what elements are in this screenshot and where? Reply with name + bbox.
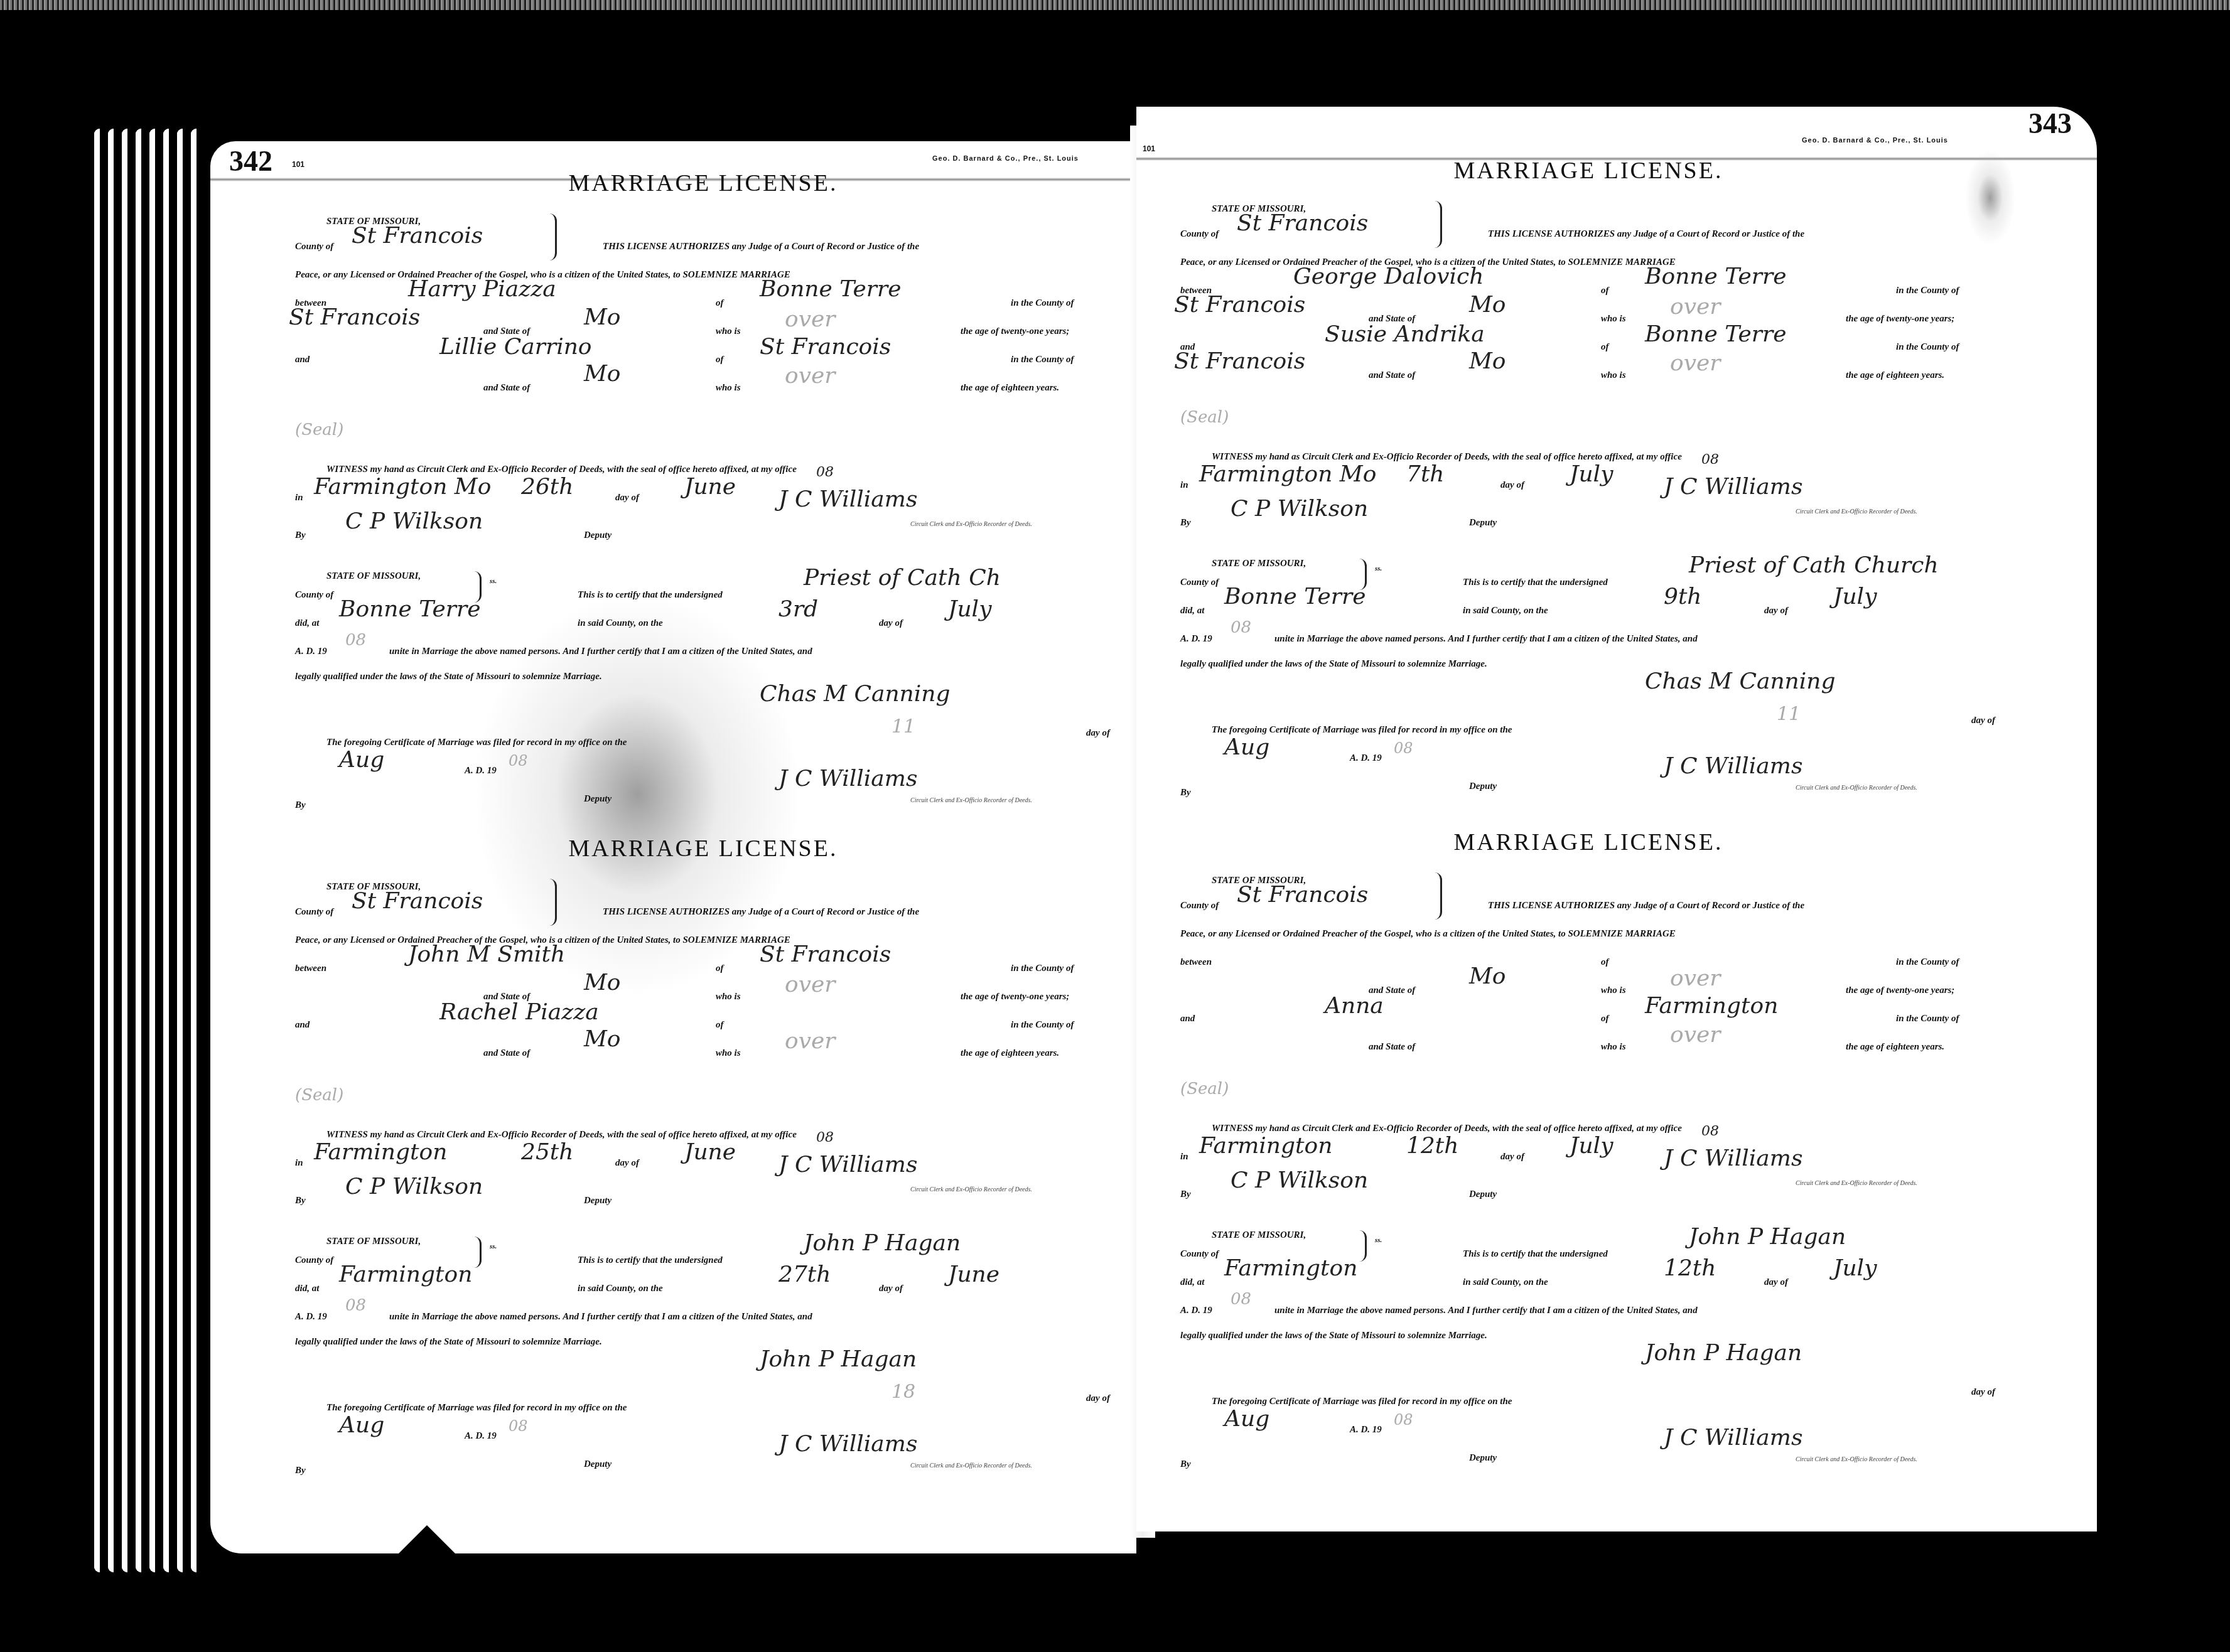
marriage-license-top-right: MARRIAGE LICENSE. STATE OF MISSOURI, Cou… — [1168, 157, 2009, 803]
by-label: By — [1180, 788, 1191, 798]
deputy-label: Deputy — [1469, 781, 1497, 792]
county-of-label: in the County of — [1011, 1020, 1074, 1031]
marriage-license-bottom-left: MARRIAGE LICENSE. STATE OF MISSOURI, Cou… — [283, 835, 1124, 1481]
bride-state: Mo — [1469, 348, 1506, 374]
day-of-label: day of — [615, 1158, 639, 1169]
by-label: By — [1180, 518, 1191, 528]
witness-place: Farmington — [314, 1139, 447, 1165]
state-of-label: and State of — [1369, 1042, 1415, 1053]
marriage-license-bottom-right: MARRIAGE LICENSE. STATE OF MISSOURI, Cou… — [1168, 829, 2009, 1475]
clerk-caption: Circuit Clerk and Ex-Officio Recorder of… — [910, 797, 1032, 804]
clerk-signature: J C Williams — [1664, 1145, 1802, 1171]
deputy-label: Deputy — [1469, 1453, 1497, 1464]
did-at-label: did, at — [1180, 1277, 1204, 1288]
age-21-text: the age of twenty-one years; — [1846, 985, 1954, 996]
groom-residence: Bonne Terre — [760, 276, 902, 302]
in-label: in — [295, 493, 303, 503]
day-of-label: day of — [1764, 606, 1788, 616]
filed-year: 08 — [1394, 1411, 1413, 1429]
license-title: MARRIAGE LICENSE. — [1168, 829, 2009, 856]
brace — [1431, 201, 1442, 248]
did-at-label: did, at — [295, 1284, 319, 1294]
ceremony-place: Farmington — [1224, 1255, 1357, 1281]
ad-label: A. D. 19 — [295, 646, 327, 657]
ceremony-month: July — [1833, 1255, 1877, 1281]
clerk-caption: Circuit Clerk and Ex-Officio Recorder of… — [1796, 508, 1917, 515]
ceremony-year: 08 — [345, 631, 366, 650]
deputy-signature: C P Wilkson — [345, 508, 483, 534]
bride-age: over — [785, 363, 836, 389]
license-title: MARRIAGE LICENSE. — [1168, 157, 2009, 185]
witness-day: 25th — [521, 1139, 573, 1165]
peace-text: Peace, or any Licensed or Ordained Preac… — [1180, 929, 1676, 940]
ss-label: ss. — [490, 1243, 497, 1250]
unite-text: unite in Marriage the above named person… — [389, 646, 812, 657]
state-label: STATE OF MISSOURI, — [326, 1236, 421, 1247]
officiant-signature: John P Hagan — [1645, 1340, 1802, 1366]
ss-label: ss. — [490, 577, 497, 585]
filed-signature: J C Williams — [1664, 1425, 1802, 1451]
state-of-label: and State of — [483, 383, 530, 394]
clerk-caption: Circuit Clerk and Ex-Officio Recorder of… — [910, 521, 1032, 528]
county-value: St Francois — [352, 888, 483, 914]
filed-year: 08 — [509, 1417, 528, 1435]
ad-label: A. D. 19 — [295, 1312, 327, 1322]
county-of-label: in the County of — [1011, 963, 1074, 974]
witness-month: June — [684, 474, 736, 500]
ceremony-year: 08 — [1231, 618, 1251, 637]
bride-age: over — [1670, 1022, 1721, 1048]
day-of-label: day of — [1500, 1152, 1524, 1162]
ss-label: ss. — [1375, 1236, 1382, 1244]
bride-state: Mo — [584, 1026, 621, 1052]
of-label: of — [716, 355, 724, 365]
witness-day: 7th — [1406, 461, 1445, 487]
ceremony-place: Bonne Terre — [1224, 584, 1366, 609]
did-at-label: did, at — [1180, 606, 1204, 616]
bride-age: over — [1670, 350, 1721, 376]
county-of-label: in the County of — [1011, 298, 1074, 309]
groom-residence: St Francois — [760, 941, 891, 967]
filed-ad-label: A. D. 19 — [465, 1431, 497, 1442]
state-label: STATE OF MISSOURI, — [326, 571, 421, 582]
filed-signature: J C Williams — [778, 1431, 917, 1457]
book-page-edges — [94, 129, 220, 1572]
deputy-label: Deputy — [584, 794, 611, 805]
who-is-label: who is — [1601, 370, 1626, 381]
ceremony-place: Bonne Terre — [339, 596, 481, 622]
by-label: By — [295, 1466, 306, 1476]
clerk-caption: Circuit Clerk and Ex-Officio Recorder of… — [910, 1462, 1032, 1469]
groom-residence: Bonne Terre — [1645, 264, 1787, 289]
age-18-text: the age of eighteen years. — [1846, 370, 1944, 381]
bride-name: Anna — [1325, 993, 1384, 1019]
of-label: of — [716, 298, 724, 309]
groom-age: over — [785, 306, 836, 332]
by-label: By — [295, 1196, 306, 1206]
legally-text: legally qualified under the laws of the … — [1180, 1331, 1487, 1341]
day-of-label: day of — [1971, 1387, 1995, 1398]
state-label: STATE OF MISSOURI, — [1212, 1230, 1306, 1241]
seal-mark: (Seal) — [295, 1086, 343, 1105]
who-is-label: who is — [1601, 1042, 1626, 1053]
who-is-label: who is — [716, 992, 741, 1002]
bride-residence: St Francois — [760, 334, 891, 360]
witness-place: Farmington Mo — [1199, 461, 1376, 487]
clerk-caption: Circuit Clerk and Ex-Officio Recorder of… — [1796, 1180, 1917, 1187]
filed-signature: J C Williams — [778, 766, 917, 791]
bride-residence: Bonne Terre — [1645, 321, 1787, 347]
bride-residence: Farmington — [1645, 993, 1778, 1019]
page-number-right: 343 — [2028, 107, 2072, 140]
and-label: and — [1180, 1014, 1195, 1024]
legally-text: legally qualified under the laws of the … — [295, 672, 602, 682]
age-18-text: the age of eighteen years. — [1846, 1042, 1944, 1053]
clerk-caption: Circuit Clerk and Ex-Officio Recorder of… — [1796, 785, 1917, 791]
authorizes-text: THIS LICENSE AUTHORIZES any Judge of a C… — [1488, 229, 1804, 240]
deputy-signature: C P Wilkson — [345, 1174, 483, 1199]
page-number-left: 342 — [229, 144, 272, 178]
filed-year: 08 — [509, 752, 528, 770]
bride-age: over — [785, 1028, 836, 1054]
did-at-label: did, at — [295, 618, 319, 629]
who-is-label: who is — [1601, 314, 1626, 324]
seal-mark: (Seal) — [1180, 408, 1229, 427]
deputy-signature: C P Wilkson — [1231, 1167, 1368, 1193]
officiant-signature: Chas M Canning — [1645, 668, 1836, 694]
filed-month: Aug — [1224, 1406, 1269, 1432]
who-is-label: who is — [716, 383, 741, 394]
groom-county: St Francois — [1174, 292, 1305, 318]
groom-name: John M Smith — [408, 941, 565, 967]
brace — [546, 879, 557, 926]
by-label: By — [1180, 1459, 1191, 1470]
unite-text: unite in Marriage the above named person… — [1274, 634, 1698, 645]
officiant: Priest of Cath Ch — [804, 565, 1001, 591]
by-label: By — [295, 530, 306, 541]
groom-name: George Dalovich — [1293, 264, 1484, 289]
county-label: County of — [1180, 229, 1219, 240]
county-of-label: in the County of — [1896, 957, 1959, 968]
between-label: between — [1180, 957, 1212, 968]
groom-state: Mo — [584, 970, 621, 995]
filed-day: 18 — [891, 1381, 915, 1403]
groom-age: over — [1670, 294, 1721, 319]
witness-day: 12th — [1406, 1133, 1458, 1159]
license-title: MARRIAGE LICENSE. — [283, 835, 1124, 862]
county-label: County of — [1180, 1249, 1219, 1260]
officiant-signature: John P Hagan — [760, 1346, 917, 1372]
bride-name: Lillie Carrino — [439, 334, 592, 360]
clerk-signature: J C Williams — [778, 486, 917, 512]
state-of-label: and State of — [483, 1048, 530, 1059]
of-label: of — [1601, 342, 1609, 353]
of-label: of — [1601, 286, 1609, 296]
certify-text: This is to certify that the undersigned — [1463, 577, 1608, 588]
day-of-label: day of — [879, 618, 903, 629]
who-is-label: who is — [1601, 985, 1626, 996]
certify-text: This is to certify that the undersigned — [1463, 1249, 1608, 1260]
age-21-text: the age of twenty-one years; — [961, 326, 1069, 337]
day-of-label: day of — [1500, 480, 1524, 491]
in-label: in — [295, 1158, 303, 1169]
said-county-label: in said County, on the — [578, 618, 663, 629]
in-label: in — [1180, 480, 1188, 491]
and-label: and — [295, 1020, 310, 1031]
county-of-label: in the County of — [1896, 342, 1959, 353]
unite-text: unite in Marriage the above named person… — [389, 1312, 812, 1322]
form-code: 101 — [1143, 144, 1155, 153]
authorizes-text: THIS LICENSE AUTHORIZES any Judge of a C… — [603, 242, 919, 252]
filed-month: Aug — [1224, 734, 1269, 760]
day-of-label: day of — [879, 1284, 903, 1294]
deputy-label: Deputy — [1469, 1189, 1497, 1200]
legally-text: legally qualified under the laws of the … — [295, 1337, 602, 1348]
witness-place: Farmington — [1199, 1133, 1332, 1159]
clerk-caption: Circuit Clerk and Ex-Officio Recorder of… — [910, 1186, 1032, 1193]
day-of-label: day of — [1971, 716, 1995, 726]
who-is-label: who is — [716, 326, 741, 337]
unite-text: unite in Marriage the above named person… — [1274, 1306, 1698, 1316]
and-label: and — [295, 355, 310, 365]
filed-month: Aug — [339, 747, 384, 773]
filed-ad-label: A. D. 19 — [465, 766, 497, 776]
groom-age: over — [785, 972, 836, 997]
county-label: County of — [1180, 901, 1219, 911]
brace — [1356, 1230, 1367, 1262]
witness-day: 26th — [521, 474, 573, 500]
groom-county: St Francois — [289, 304, 420, 330]
said-county-label: in said County, on the — [1463, 606, 1548, 616]
between-label: between — [295, 963, 326, 974]
filed-month: Aug — [339, 1412, 384, 1438]
brace — [471, 1236, 482, 1268]
groom-name: Harry Piazza — [408, 276, 556, 302]
filed-day: 11 — [1777, 703, 1801, 725]
age-21-text: the age of twenty-one years; — [961, 992, 1069, 1002]
seal-mark: (Seal) — [1180, 1080, 1229, 1098]
deputy-label: Deputy — [584, 1196, 611, 1206]
county-value: St Francois — [1237, 882, 1368, 908]
county-label: County of — [295, 242, 333, 252]
ceremony-month: July — [1833, 584, 1877, 609]
filed-ad-label: A. D. 19 — [1350, 1425, 1382, 1435]
seal-mark: (Seal) — [295, 421, 343, 439]
filed-signature: J C Williams — [1664, 753, 1802, 779]
county-of-label: in the County of — [1896, 286, 1959, 296]
age-21-text: the age of twenty-one years; — [1846, 314, 1954, 324]
clerk-signature: J C Williams — [778, 1152, 917, 1177]
deputy-label: Deputy — [584, 1459, 611, 1470]
ss-label: ss. — [1375, 565, 1382, 572]
license-title: MARRIAGE LICENSE. — [283, 169, 1124, 197]
bride-name: Susie Andrika — [1325, 321, 1485, 347]
brace — [546, 213, 557, 260]
state-label: STATE OF MISSOURI, — [1212, 559, 1306, 569]
certify-text: This is to certify that the undersigned — [578, 1255, 723, 1266]
witness-month: July — [1570, 1133, 1613, 1159]
bride-name: Rachel Piazza — [439, 999, 599, 1025]
groom-age: over — [1670, 965, 1721, 991]
who-is-label: who is — [716, 1048, 741, 1059]
ceremony-day: 9th — [1664, 584, 1702, 609]
ceremony-year: 08 — [345, 1296, 366, 1315]
of-label: of — [1601, 1014, 1609, 1024]
officiant-signature: Chas M Canning — [760, 681, 951, 707]
said-county-label: in said County, on the — [578, 1284, 663, 1294]
age-18-text: the age of eighteen years. — [961, 383, 1059, 394]
witness-year: 08 — [1701, 452, 1719, 468]
day-of-label: day of — [1086, 1393, 1110, 1404]
county-value: St Francois — [352, 223, 483, 249]
ceremony-month: June — [948, 1262, 999, 1287]
ceremony-place: Farmington — [339, 1262, 472, 1287]
ceremony-day: 12th — [1664, 1255, 1716, 1281]
clerk-caption: Circuit Clerk and Ex-Officio Recorder of… — [1796, 1456, 1917, 1463]
officiant: John P Hagan — [1689, 1224, 1846, 1250]
day-of-label: day of — [615, 493, 639, 503]
witness-month: June — [684, 1139, 736, 1165]
ad-label: A. D. 19 — [1180, 634, 1212, 645]
certify-text: This is to certify that the undersigned — [578, 590, 723, 601]
county-label: County of — [295, 1255, 333, 1266]
county-of-label: in the County of — [1011, 355, 1074, 365]
marriage-license-top-left: MARRIAGE LICENSE. STATE OF MISSOURI, Cou… — [283, 169, 1124, 816]
by-label: By — [1180, 1189, 1191, 1200]
form-code: 101 — [292, 160, 304, 169]
ceremony-month: July — [948, 596, 991, 622]
day-of-label: day of — [1086, 728, 1110, 739]
clerk-signature: J C Williams — [1664, 474, 1802, 500]
county-of-label: in the County of — [1896, 1014, 1959, 1024]
authorizes-text: THIS LICENSE AUTHORIZES any Judge of a C… — [1488, 901, 1804, 911]
age-18-text: the age of eighteen years. — [961, 1048, 1059, 1059]
in-label: in — [1180, 1152, 1188, 1162]
ceremony-day: 3rd — [778, 596, 818, 622]
witness-year: 08 — [816, 464, 834, 480]
by-label: By — [295, 800, 306, 811]
ceremony-day: 27th — [778, 1262, 831, 1287]
officiant: John P Hagan — [804, 1230, 961, 1256]
witness-month: July — [1570, 461, 1613, 487]
ad-label: A. D. 19 — [1180, 1306, 1212, 1316]
of-label: of — [716, 963, 724, 974]
said-county-label: in said County, on the — [1463, 1277, 1548, 1288]
authorizes-text: THIS LICENSE AUTHORIZES any Judge of a C… — [603, 907, 919, 918]
witness-place: Farmington Mo — [314, 474, 491, 500]
deputy-label: Deputy — [584, 530, 611, 541]
state-of-label: and State of — [1369, 370, 1415, 381]
bride-state: Mo — [584, 361, 621, 387]
witness-year: 08 — [1701, 1124, 1719, 1139]
scan-noise-strip — [0, 0, 2230, 10]
deputy-signature: C P Wilkson — [1231, 496, 1368, 522]
deputy-label: Deputy — [1469, 518, 1497, 528]
of-label: of — [716, 1020, 724, 1031]
county-label: County of — [295, 907, 333, 918]
printer-imprint: Geo. D. Barnard & Co., Pre., St. Louis — [1802, 137, 1948, 144]
groom-state: Mo — [584, 304, 621, 330]
filed-ad-label: A. D. 19 — [1350, 753, 1382, 764]
brace — [1431, 872, 1442, 920]
day-of-label: day of — [1764, 1277, 1788, 1288]
witness-year: 08 — [816, 1130, 834, 1145]
county-label: County of — [1180, 577, 1219, 588]
groom-state: Mo — [1469, 292, 1506, 318]
groom-state: Mo — [1469, 963, 1506, 989]
county-label: County of — [295, 590, 333, 601]
legally-text: legally qualified under the laws of the … — [1180, 659, 1487, 670]
printer-imprint: Geo. D. Barnard & Co., Pre., St. Louis — [932, 155, 1079, 163]
filed-day: 11 — [891, 716, 915, 737]
officiant: Priest of Cath Church — [1689, 552, 1939, 578]
filed-year: 08 — [1394, 739, 1413, 757]
bride-county: St Francois — [1174, 348, 1305, 374]
of-label: of — [1601, 957, 1609, 968]
county-value: St Francois — [1237, 210, 1368, 236]
ceremony-year: 08 — [1231, 1290, 1251, 1309]
